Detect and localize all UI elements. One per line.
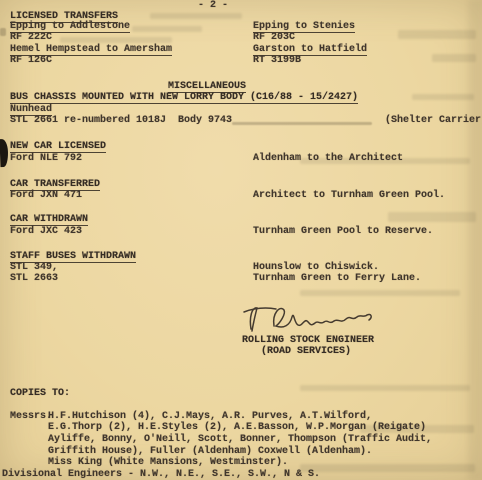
movement-description: Aldenham to the Architect bbox=[253, 153, 403, 164]
movement-description: Architect to Turnham Green Pool. bbox=[253, 190, 445, 201]
smudge bbox=[60, 37, 172, 43]
scanned-memo-page: - 2 - LICENSED TRANSFERS Epping to Addle… bbox=[0, 0, 482, 480]
stl-renumber-detail: STL 2661 re-numbered 1018J Body 9743 bbox=[10, 115, 232, 126]
shelter-carrier-note: (Shelter Carrier) bbox=[385, 115, 482, 126]
smudge bbox=[412, 94, 474, 100]
smudge bbox=[150, 13, 242, 19]
section-heading-car-withdrawn: CAR WITHDRAWN bbox=[10, 214, 88, 226]
vehicle-registration: Ford NLE 792 bbox=[10, 153, 82, 164]
smudge bbox=[432, 54, 476, 62]
copies-line: Miss King (White Mansions, Westminster). bbox=[48, 457, 288, 468]
signoff-title: ROLLING STOCK ENGINEER bbox=[242, 335, 374, 346]
signoff-subtitle: (ROAD SERVICES) bbox=[261, 346, 351, 357]
movement-description: Turnham Green to Ferry Lane. bbox=[253, 273, 421, 284]
vehicle-registration: Ford JXN 471 bbox=[10, 190, 82, 201]
paper-edge-shade bbox=[468, 0, 482, 480]
signature bbox=[243, 301, 375, 337]
ink-mark bbox=[0, 139, 8, 167]
movement-description: Hounslow to Chiswick. bbox=[253, 262, 379, 273]
copies-line: Ayliffe, Bonny, O'Neill, Scott, Bonner, … bbox=[48, 434, 432, 445]
copies-line: E.G.Thorp (2), H.E.Styles (2), A.E.Basso… bbox=[48, 422, 426, 433]
section-heading-new-car-licensed: NEW CAR LICENSED bbox=[10, 141, 106, 153]
copies-heading: COPIES TO: bbox=[10, 388, 70, 399]
vehicle-registration: RF 203C bbox=[253, 32, 295, 43]
movement-description: Turnham Green Pool to Reserve. bbox=[253, 226, 433, 237]
smudge bbox=[300, 290, 460, 296]
messrs-label: Messrs. bbox=[10, 411, 52, 422]
vehicle-registration: STL 2663 bbox=[10, 273, 58, 284]
vehicle-registration: RF 222C bbox=[10, 32, 52, 43]
divisional-engineers-line: Divisional Engineers - N.W., N.E., S.E.,… bbox=[2, 469, 320, 480]
smudge bbox=[132, 26, 202, 32]
vehicle-registration: Ford JXC 423 bbox=[10, 226, 82, 237]
smudge bbox=[398, 30, 476, 39]
vehicle-registration: STL 349, bbox=[10, 262, 58, 273]
smudge bbox=[388, 212, 476, 222]
copies-line: H.F.Hutchison (4), C.J.Mays, A.R. Purves… bbox=[48, 411, 372, 422]
page-number: - 2 - bbox=[198, 0, 228, 11]
copies-line: Griffith House), Fuller (Aldenham) Coxwe… bbox=[48, 446, 372, 457]
vehicle-registration: RF 126C bbox=[10, 55, 52, 66]
smudge bbox=[232, 122, 372, 125]
smudge bbox=[0, 28, 6, 36]
bus-chassis-heading: BUS CHASSIS MOUNTED WITH NEW LORRY BODY … bbox=[10, 92, 358, 104]
smudge bbox=[300, 464, 475, 472]
vehicle-registration: RT 3199B bbox=[253, 55, 301, 66]
smudge bbox=[300, 385, 470, 391]
